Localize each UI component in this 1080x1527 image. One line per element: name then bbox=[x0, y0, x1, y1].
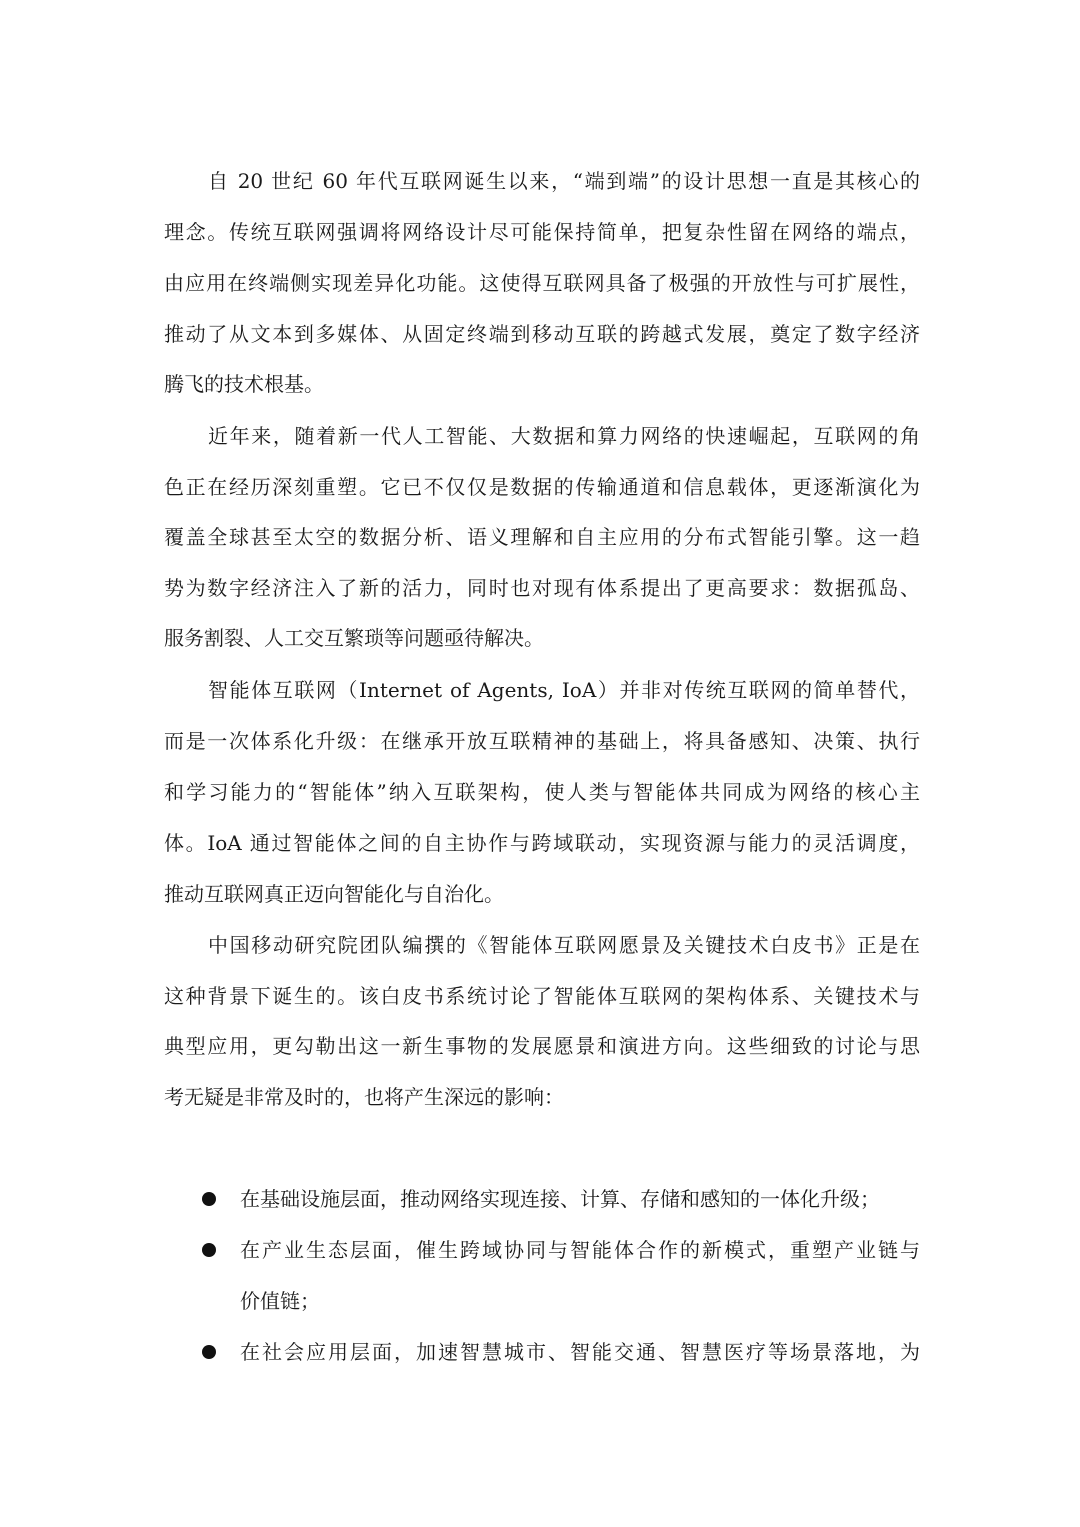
paragraph-line: 服务割裂、人工交互繁琐等问题亟待解决。 bbox=[164, 623, 920, 653]
paragraph-line: 势为数字经济注入了新的活力，同时也对现有体系提出了更高要求：数据孤岛、 bbox=[164, 573, 920, 603]
paragraph-line: 而是一次体系化升级：在继承开放互联精神的基础上，将具备感知、决策、执行 bbox=[164, 726, 920, 756]
paragraph-line: 近年来，随着新一代人工智能、大数据和算力网络的快速崛起，互联网的角 bbox=[208, 421, 920, 451]
paragraph-line: 覆盖全球甚至太空的数据分析、语义理解和自主应用的分布式智能引擎。这一趋 bbox=[164, 522, 920, 552]
paragraph-line: 这种背景下诞生的。该白皮书系统讨论了智能体互联网的架构体系、关键技术与 bbox=[164, 981, 920, 1011]
paragraph-line: 考无疑是非常及时的，也将产生深远的影响： bbox=[164, 1082, 920, 1112]
bullet-dot-icon bbox=[202, 1243, 216, 1257]
paragraph-line: 理念。传统互联网强调将网络设计尽可能保持简单，把复杂性留在网络的端点， bbox=[164, 217, 920, 247]
paragraph-line: 由应用在终端侧实现差异化功能。这使得互联网具备了极强的开放性与可扩展性， bbox=[164, 268, 920, 298]
paragraph-line: 智能体互联网（Internet of Agents, IoA）并非对传统互联网的… bbox=[208, 675, 920, 705]
bullet-dot-icon bbox=[202, 1345, 216, 1359]
paragraph-line: 和学习能力的“智能体”纳入互联架构，使人类与智能体共同成为网络的核心主 bbox=[164, 777, 920, 807]
paragraph-line: 推动了从文本到多媒体、从固定终端到移动互联的跨越式发展，奠定了数字经济 bbox=[164, 319, 920, 349]
paragraph-line: 腾飞的技术根基。 bbox=[164, 369, 920, 399]
paragraph-line: 中国移动研究院团队编撰的《智能体互联网愿景及关键技术白皮书》正是在 bbox=[208, 930, 920, 960]
bullet-line: 在社会应用层面，加速智慧城市、智能交通、智慧医疗等场景落地，为 bbox=[240, 1337, 920, 1367]
document-page: 自 20 世纪 60 年代互联网诞生以来，“端到端”的设计思想一直是其核心的 理… bbox=[0, 0, 1080, 1527]
paragraph-line: 体。IoA 通过智能体之间的自主协作与跨域联动，实现资源与能力的灵活调度， bbox=[164, 828, 920, 858]
bullet-line: 在基础设施层面，推动网络实现连接、计算、存储和感知的一体化升级； bbox=[240, 1184, 920, 1214]
paragraph-line: 自 20 世纪 60 年代互联网诞生以来，“端到端”的设计思想一直是其核心的 bbox=[208, 166, 920, 196]
bullet-dot-icon bbox=[202, 1192, 216, 1206]
paragraph-line: 典型应用，更勾勒出这一新生事物的发展愿景和演进方向。这些细致的讨论与思 bbox=[164, 1031, 920, 1061]
bullet-line: 在产业生态层面，催生跨域协同与智能体合作的新模式，重塑产业链与 bbox=[240, 1235, 920, 1265]
paragraph-line: 推动互联网真正迈向智能化与自治化。 bbox=[164, 879, 920, 909]
bullet-line: 价值链； bbox=[240, 1286, 920, 1316]
paragraph-line: 色正在经历深刻重塑。它已不仅仅是数据的传输通道和信息载体，更逐渐演化为 bbox=[164, 472, 920, 502]
